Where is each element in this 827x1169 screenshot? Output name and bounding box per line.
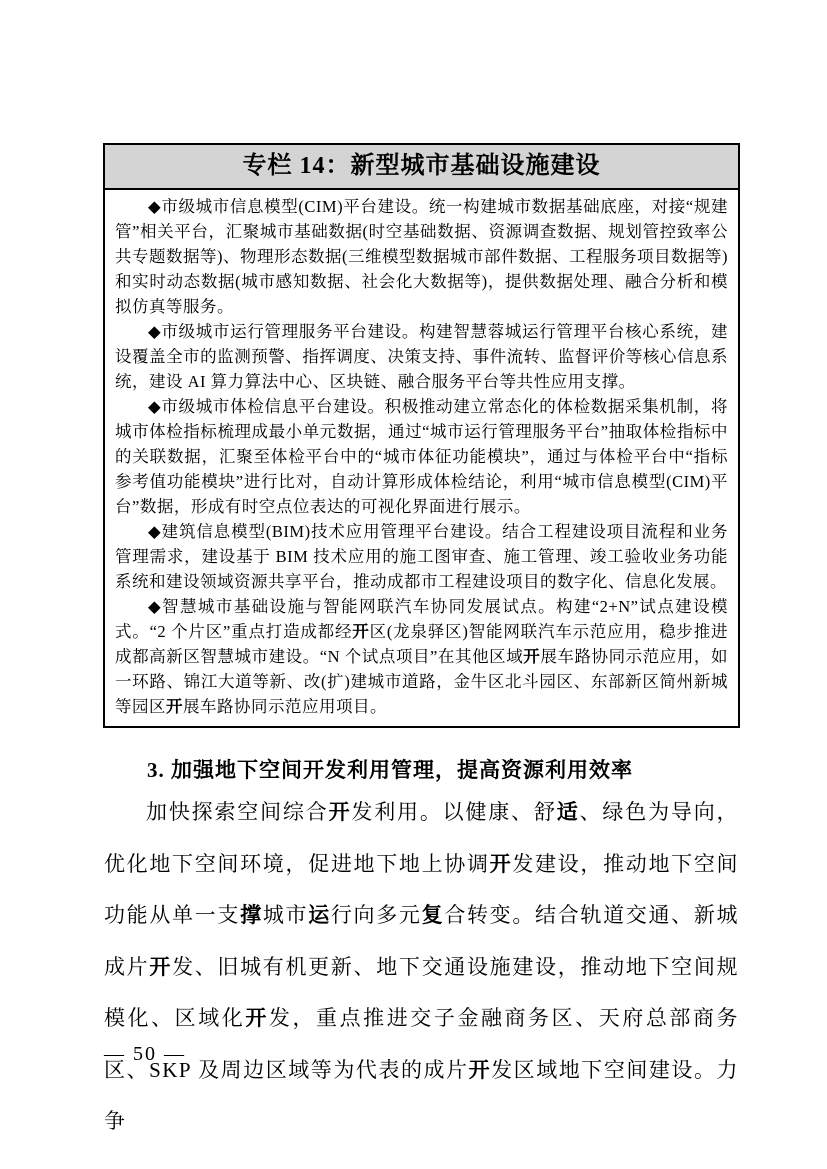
body-paragraph: 加快探索空间综合开发利用。以健康、舒适、绿色为导向，优化地下空间环境，促进地下地… [104, 787, 739, 1148]
panel-paragraph-bim: ◆建筑信息模型(BIM)技术应用管理平台建设。结合工程建设项目流程和业务管理需求… [115, 519, 728, 594]
special-column-panel: 专栏 14：新型城市基础设施建设 ◆市级城市信息模型(CIM)平台建设。统一构建… [103, 143, 740, 728]
text-run: 城市 [263, 903, 308, 927]
text-run: 加快探索空间综合 [146, 800, 329, 824]
section-heading: 3. 加强地下空间开发利用管理，提高资源利用效率 [105, 754, 739, 784]
emphasized-glyph: 开 [352, 622, 369, 641]
text-run: 3. 加强地下空间 [147, 758, 303, 782]
panel-body: ◆市级城市信息模型(CIM)平台建设。统一构建城市数据基础底座，对接“规建管”相… [105, 190, 738, 726]
emphasized-glyph: 开 [329, 800, 352, 824]
emphasized-glyph: 复 [422, 903, 445, 927]
emphasized-glyph: 开 [303, 758, 325, 782]
emphasized-glyph: 开 [490, 852, 513, 876]
emphasized-glyph: 开 [245, 1006, 269, 1030]
emphasized-glyph: 开 [469, 1058, 492, 1082]
panel-paragraph-smart-city-pilot: ◆智慧城市基础设施与智能网联汽车协同发展试点。构建“2+N”试点建设模式。“2 … [115, 594, 728, 719]
emphasized-glyph: 撑 [240, 903, 263, 927]
emphasized-glyph: 开 [166, 697, 183, 716]
text-run: ◆市级城市运行管理服务平台建设。构建智慧蓉城运行管理平台核心系统，建设覆盖全市的… [115, 322, 728, 391]
text-run: ◆建筑信息模型(BIM)技术应用管理平台建设。结合工程建设项目流程和业务管理需求… [115, 522, 728, 591]
panel-paragraph-cim: ◆市级城市信息模型(CIM)平台建设。统一构建城市数据基础底座，对接“规建管”相… [115, 194, 728, 319]
panel-title: 专栏 14：新型城市基础设施建设 [105, 145, 738, 190]
page-number: — 50 — [104, 1043, 186, 1066]
panel-paragraph-checkup-platform: ◆市级城市体检信息平台建设。积极推动建立常态化的体检数据采集机制，将城市体检指标… [115, 394, 728, 519]
document-page: 专栏 14：新型城市基础设施建设 ◆市级城市信息模型(CIM)平台建设。统一构建… [0, 0, 827, 1169]
emphasized-glyph: 开 [149, 955, 172, 979]
emphasized-glyph: 适 [557, 800, 580, 824]
text-run: ◆市级城市体检信息平台建设。积极推动建立常态化的体检数据采集机制，将城市体检指标… [115, 397, 728, 516]
emphasized-glyph: 开 [523, 647, 540, 666]
text-run: 发利用。以健康、舒 [351, 800, 556, 824]
text-run: 行向多元 [331, 903, 422, 927]
text-run: ◆市级城市信息模型(CIM)平台建设。统一构建城市数据基础底座，对接“规建管”相… [115, 197, 728, 316]
text-run: 发利用管理，提高资源利用效率 [325, 758, 633, 782]
text-run: 展车路协同示范应用项目。 [183, 697, 387, 716]
panel-paragraph-operation-platform: ◆市级城市运行管理服务平台建设。构建智慧蓉城运行管理平台核心系统，建设覆盖全市的… [115, 319, 728, 394]
emphasized-glyph: 运 [308, 903, 331, 927]
